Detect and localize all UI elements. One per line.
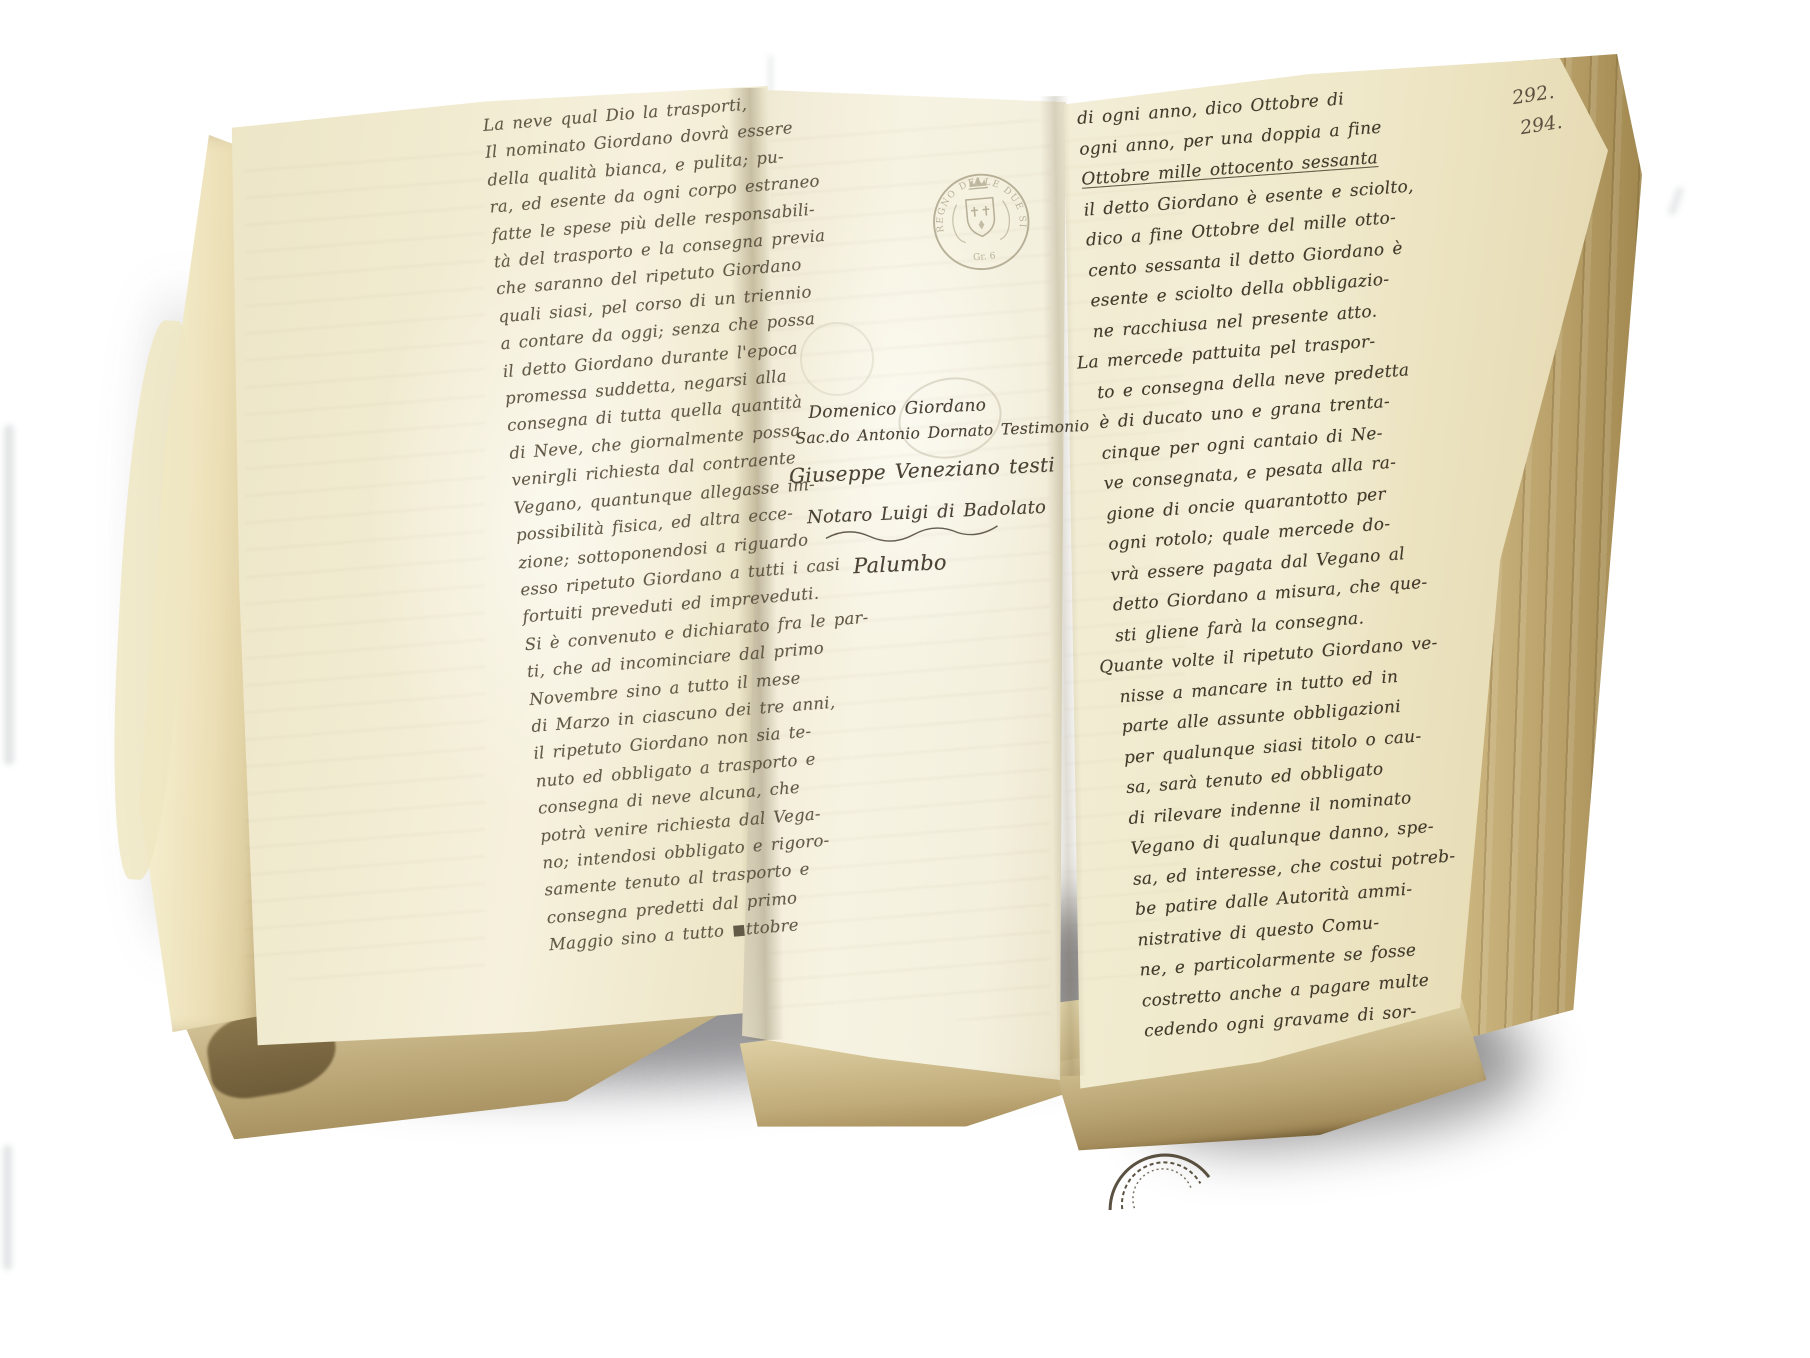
background-smudge xyxy=(1667,186,1685,217)
seal-value-text: Gr. 6 xyxy=(973,251,996,263)
signatures-block: Domenico Giordano Sac.do Antonio Dornato… xyxy=(786,390,1103,580)
revenue-seal-icon: REGNO DELLE DUE SICILIE Gr. 6 xyxy=(923,154,1039,285)
background-smudge xyxy=(3,1145,12,1270)
photo-scene: La neve qual Dio la trasporti,Il nominat… xyxy=(0,0,1810,1358)
seal-supporter-left xyxy=(951,204,965,243)
signature: Giuseppe Veneziano testi xyxy=(789,450,1100,487)
background-smudge xyxy=(4,425,14,765)
right-page-text: di ogni anno, dico Ottobre diogni anno, … xyxy=(1076,79,1484,1047)
shield-icon xyxy=(966,198,996,238)
seal-arc-text: REGNO DELLE DUE SICILIE xyxy=(923,154,1028,238)
embossed-seal xyxy=(800,322,874,396)
seal-supporter-right xyxy=(997,200,1011,239)
background-smudge xyxy=(768,55,773,93)
svg-text:REGNO DELLE DUE SICILIE: REGNO DELLE DUE SICILIE xyxy=(923,154,1028,238)
crown-icon xyxy=(969,176,987,187)
